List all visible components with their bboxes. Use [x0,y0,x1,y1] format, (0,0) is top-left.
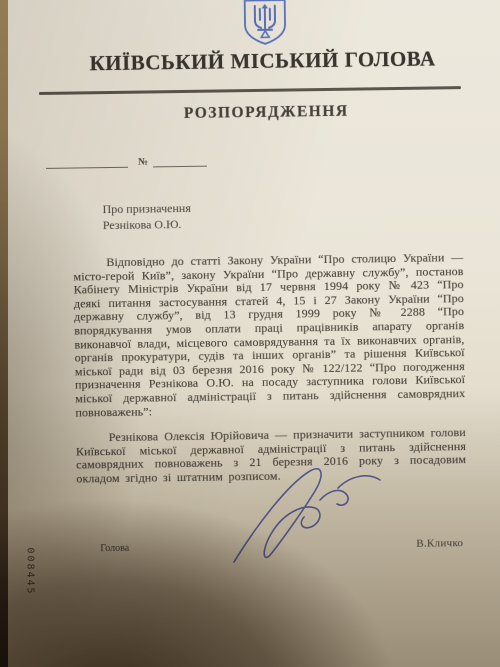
ukraine-trident-emblem [242,0,289,46]
signer-role: Голова [100,542,129,553]
document-type-heading: РОЗПОРЯДЖЕННЯ [71,101,461,124]
signer-name: В.Кличко [416,537,463,550]
preamble-paragraph: Відповідно до статті Закону України “Про… [73,251,465,420]
subject-block: Про призначення Резнікова О.Ю. [102,197,462,233]
header-divider [39,86,461,95]
resolution-paragraph: Резнікова Олексія Юрійовича — призначити… [76,426,467,486]
number-symbol: № [138,156,148,167]
date-blank-line [46,158,128,169]
document-photo: КИЇВСЬКИЙ МІСЬКИЙ ГОЛОВА РОЗПОРЯДЖЕННЯ №… [0,0,500,667]
date-number-line: № [46,145,462,163]
paper-sheet: КИЇВСЬКИЙ МІСЬКИЙ ГОЛОВА РОЗПОРЯДЖЕННЯ №… [8,0,500,667]
number-blank-line [153,157,207,168]
document-code-vertical: 008445 [25,543,36,601]
organization-title: КИЇВСЬКИЙ МІСЬКИЙ ГОЛОВА [50,46,474,77]
document-content: КИЇВСЬКИЙ МІСЬКИЙ ГОЛОВА РОЗПОРЯДЖЕННЯ №… [6,0,500,555]
signature-row: Голова В.Кличко [77,537,467,554]
